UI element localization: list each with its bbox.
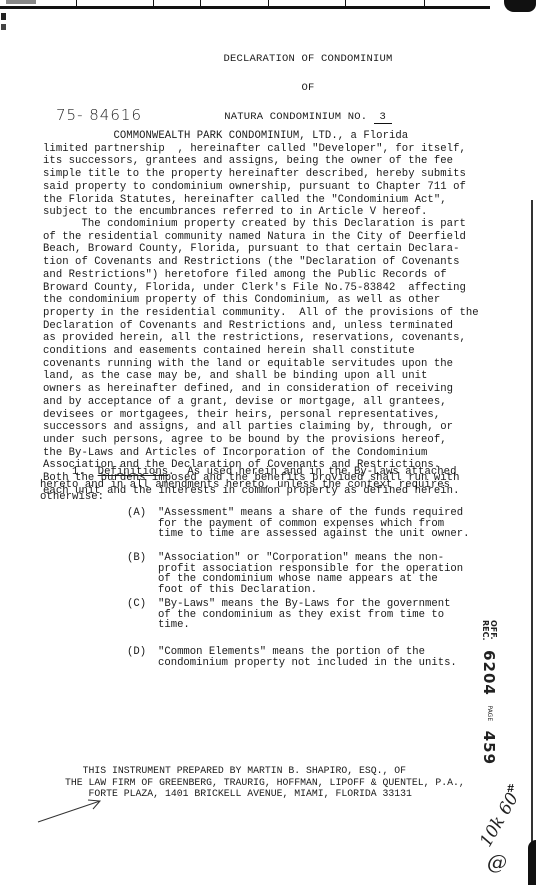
scan-smudge [528, 840, 536, 885]
definition-item: (D) "Common Elements" means the portion … [127, 647, 140, 679]
definition-label: (C) [127, 599, 146, 610]
document-title: DECLARATION OF CONDOMINIUM [40, 53, 536, 65]
definition-text: "Assessment" means a share of the funds … [158, 508, 470, 540]
prepared-by-block: THIS INSTRUMENT PREPARED BY MARTIN B. SH… [65, 765, 465, 800]
handdrawn-arrow-icon [30, 795, 110, 825]
definitions-number: 1. [40, 466, 98, 478]
condominium-name-prefix: NATURA CONDOMINIUM NO. [224, 111, 367, 123]
definition-label: (B) [127, 553, 146, 564]
paragraph-community: The condominium property created by this… [43, 218, 523, 497]
scan-right-border [531, 200, 533, 885]
definition-label: (D) [127, 647, 146, 658]
stamp-book-number: 6204 [481, 650, 499, 696]
definition-text: "Common Elements" means the portion of t… [158, 647, 457, 668]
official-record-stamp: OFF.REC. 6204 PAGE 459 [481, 620, 501, 769]
stamp-page-number: 459 [481, 731, 499, 765]
stamp-page-label: PAGE [486, 705, 493, 721]
definition-item: (C) "By-Laws" means the By-Laws for the … [127, 599, 140, 631]
definition-item: (A) "Assessment" means a share of the fu… [127, 508, 140, 540]
definition-item: (B) "Association" or "Corporation" means… [127, 553, 140, 585]
stamp-label: OFF.REC. [482, 620, 498, 641]
paragraph-developer: COMMONWEALTH PARK CONDOMINIUM, LTD., a F… [43, 130, 523, 219]
handwritten-mark: @ [487, 850, 507, 874]
scan-left-marks [1, 13, 6, 37]
definition-text: "By-Laws" means the By-Laws for the gove… [158, 599, 450, 631]
definition-label: (A) [127, 508, 146, 519]
scan-top-edge [0, 0, 536, 10]
definition-text: "Association" or "Corporation" means the… [158, 553, 463, 596]
condominium-number: 3 [374, 111, 392, 124]
definitions-heading: Definitions [98, 466, 168, 478]
title-of: OF [40, 82, 536, 94]
definitions-intro: 1. Definitions. As used herein and in th… [40, 466, 520, 504]
file-number: 75- 84616 [56, 106, 142, 124]
handwritten-note: 10k 60 [476, 789, 523, 850]
